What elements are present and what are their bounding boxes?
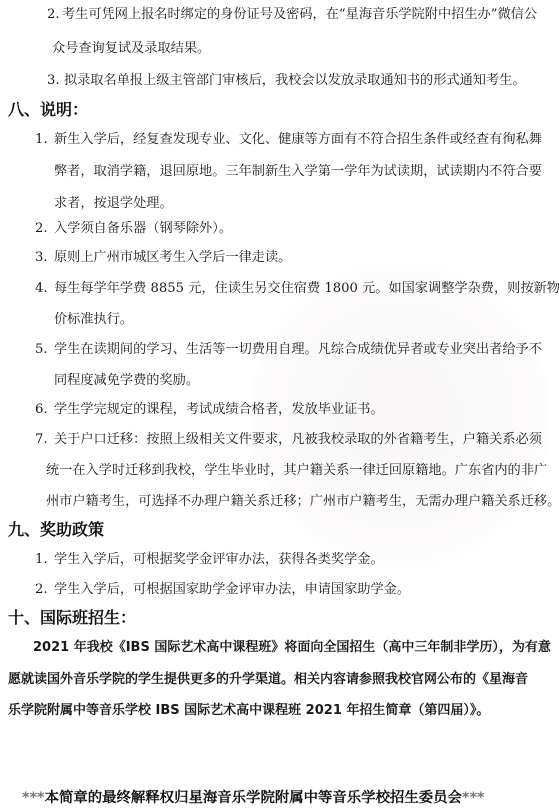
item-text: 考生可凭网上报名时绑定的身份证号及密码，在“星海音乐学院附中招生办”微信公: [62, 7, 537, 23]
item-number: 7.: [35, 432, 48, 448]
item-text: 学生学完规定的课程，考试成绩合格者，发放毕业证书。: [54, 402, 384, 418]
section-heading-international: 十、国际班招生：: [8, 608, 136, 628]
item-text: 每生每学年学费 8855 元，住读生另交住宿费 1800 元。如国家调整学杂费，…: [54, 281, 559, 297]
footer-disclaimer: ***本简章的最终解释权归星海音乐学院附属中等音乐学校招生委员会***: [22, 786, 485, 807]
item-text: 拟录取名单报上级主管部门审核后，我校会以发放录取通知书的形式通知考生。: [64, 73, 526, 89]
item-number: 1.: [35, 552, 48, 568]
item-text: 求者，按退学处理。: [54, 196, 173, 212]
item-number: 3.: [47, 73, 60, 89]
item-text: 统一在入学时迁移到我校，学生毕业时，其户籍关系一律迁回原籍地。广东省内的非广: [46, 463, 547, 479]
decorative-stars: ***: [462, 790, 485, 806]
item-number: 6.: [35, 402, 48, 418]
item-number: 4.: [35, 281, 48, 297]
decorative-stars: ***: [22, 790, 45, 806]
item-text: 价标准执行。: [54, 312, 133, 328]
item-text: 原则上广州市城区考生入学后一律走读。: [54, 250, 291, 266]
paragraph-line: 2021 年我校《IBS 国际艺术高中课程班》将面向全国招生（高中三年制非学历）…: [33, 640, 551, 656]
paragraph-line: 乐学院附属中等音乐学校 IBS 国际艺术高中课程班 2021 年招生简章（第四届…: [8, 703, 489, 719]
item-text: 学生在读期间的学习、生活等一切费用自理。凡综合成绩优异者或专业突出者给予不: [54, 342, 542, 358]
item-text: 弊者，取消学籍，退回原地。三年制新生入学第一学年为试读期，试读期内不符合要: [54, 164, 542, 180]
item-number: 1.: [35, 132, 48, 148]
section-heading-scholarship: 九、奖助政策: [8, 520, 104, 540]
item-text: 新生入学后，经复查发现专业、文化、健康等方面有不符合招生条件或经查有徇私舞: [54, 132, 542, 148]
paragraph-line: 愿就读国外音乐学院的学生提供更多的升学渠道。相关内容请参照我校官网公布的《星海音: [8, 672, 528, 688]
section-heading-notes: 八、说明：: [8, 100, 88, 120]
item-text: 学生入学后，可根据国家助学金评审办法，申请国家助学金。: [54, 582, 410, 598]
footer-text: 本简章的最终解释权归星海音乐学院附属中等音乐学校招生委员会: [45, 790, 462, 806]
item-number: 3.: [35, 250, 48, 266]
item-number: 2.: [47, 7, 60, 23]
item-text: 众号查询复试及录取结果。: [52, 41, 210, 57]
item-number: 5.: [35, 342, 48, 358]
item-text: 学生入学后，可根据奖学金评审办法，获得各类奖学金。: [54, 552, 384, 568]
item-number: 2.: [35, 221, 48, 237]
item-text: 入学须自备乐器（钢琴除外）。: [54, 221, 232, 237]
item-text: 关于户口迁移：按照上级相关文件要求，凡被我校录取的外省籍考生，户籍关系必须: [54, 432, 542, 448]
item-text: 州市户籍考生，可选择不办理户籍关系迁移；广州市户籍考生，无需办理户籍关系迁移。: [46, 494, 559, 510]
item-number: 2.: [35, 582, 48, 598]
item-text: 同程度减免学费的奖励。: [54, 373, 199, 389]
